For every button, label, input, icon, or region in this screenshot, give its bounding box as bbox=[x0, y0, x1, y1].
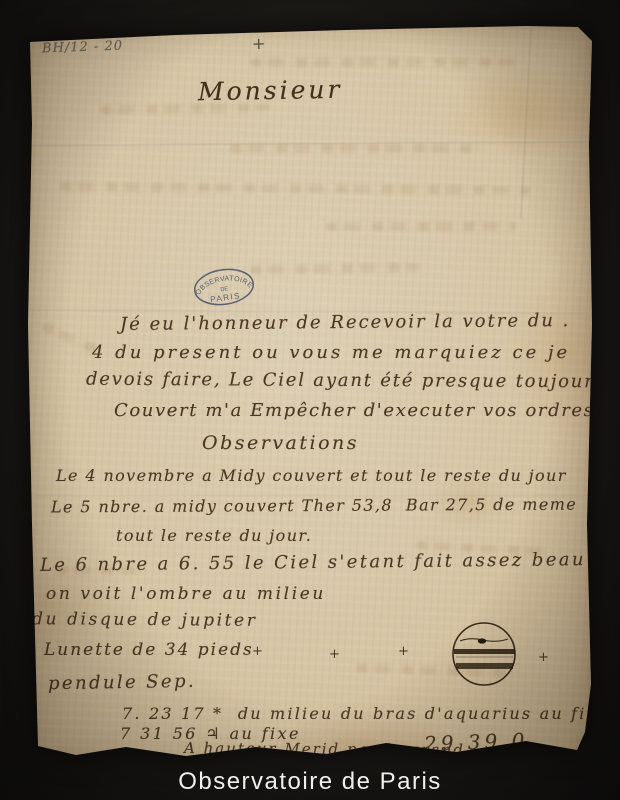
photo-caption: Observatoire de Paris bbox=[0, 768, 620, 796]
star-mark: + bbox=[329, 647, 340, 662]
paper-shadow: BH/12 - 20 + Monsieur OBSERVATOIRE DE PA… bbox=[0, 0, 620, 800]
meridian-reading: 29 39 0 bbox=[424, 728, 529, 756]
observation-line: Lunette de 34 pieds bbox=[44, 640, 254, 660]
star-mark: + bbox=[538, 650, 549, 665]
jupiter-band-2 bbox=[456, 663, 513, 669]
observatoire-stamp: OBSERVATOIRE DE PARIS bbox=[189, 262, 258, 312]
star-mark: + bbox=[252, 644, 263, 659]
salutation: Monsieur bbox=[198, 75, 343, 107]
archive-photo: BH/12 - 20 + Monsieur OBSERVATOIRE DE PA… bbox=[0, 0, 620, 800]
bleedthrough-line bbox=[250, 263, 420, 275]
archival-mark: BH/12 - 20 bbox=[42, 39, 123, 57]
jupiter-disk-sketch bbox=[450, 620, 518, 688]
observation-line: Le 4 novembre a Midy couvert et tout le … bbox=[56, 466, 567, 485]
observations-heading: Observations bbox=[202, 432, 359, 454]
measurement-line: A hauteur Merid par le grand bbox=[184, 739, 465, 759]
body-line: 4 du present ou vous me marquiez ce je bbox=[92, 342, 570, 363]
observation-line: on voit l'ombre au milieu bbox=[46, 584, 326, 604]
bleedthrough-line bbox=[326, 222, 516, 231]
observation-line: pendule Sep. bbox=[48, 671, 196, 695]
star-mark: + bbox=[398, 644, 409, 659]
bleedthrough-line bbox=[250, 58, 520, 67]
shadow-spot bbox=[478, 638, 486, 643]
jupiter-band-1 bbox=[454, 649, 515, 654]
body-line: Couvert m'a Empêcher d'executer vos ordr… bbox=[114, 400, 602, 421]
body-line: devois faire, Le Ciel ayant été presque … bbox=[86, 369, 606, 393]
observation-line: Le 6 nbre a 6. 55 le Ciel s'etant fait a… bbox=[40, 549, 586, 576]
collation-mark: + bbox=[252, 34, 267, 53]
manuscript-page: BH/12 - 20 + Monsieur OBSERVATOIRE DE PA… bbox=[26, 24, 594, 772]
bleedthrough-line bbox=[60, 182, 530, 195]
bleedthrough-line bbox=[230, 144, 480, 153]
bleedthrough-line bbox=[41, 322, 99, 355]
body-line: Jé eu l'honneur de Recevoir la votre du … bbox=[120, 310, 571, 335]
observation-line: Le 5 nbre. a midy couvert Ther 53,8 Bar … bbox=[51, 495, 577, 517]
observation-line: tout le reste du jour. bbox=[116, 526, 312, 545]
measurement-line: 7. 23 17 * du milieu du bras d'aquarius … bbox=[122, 704, 609, 723]
observation-line: du disque de jupiter bbox=[32, 609, 258, 631]
